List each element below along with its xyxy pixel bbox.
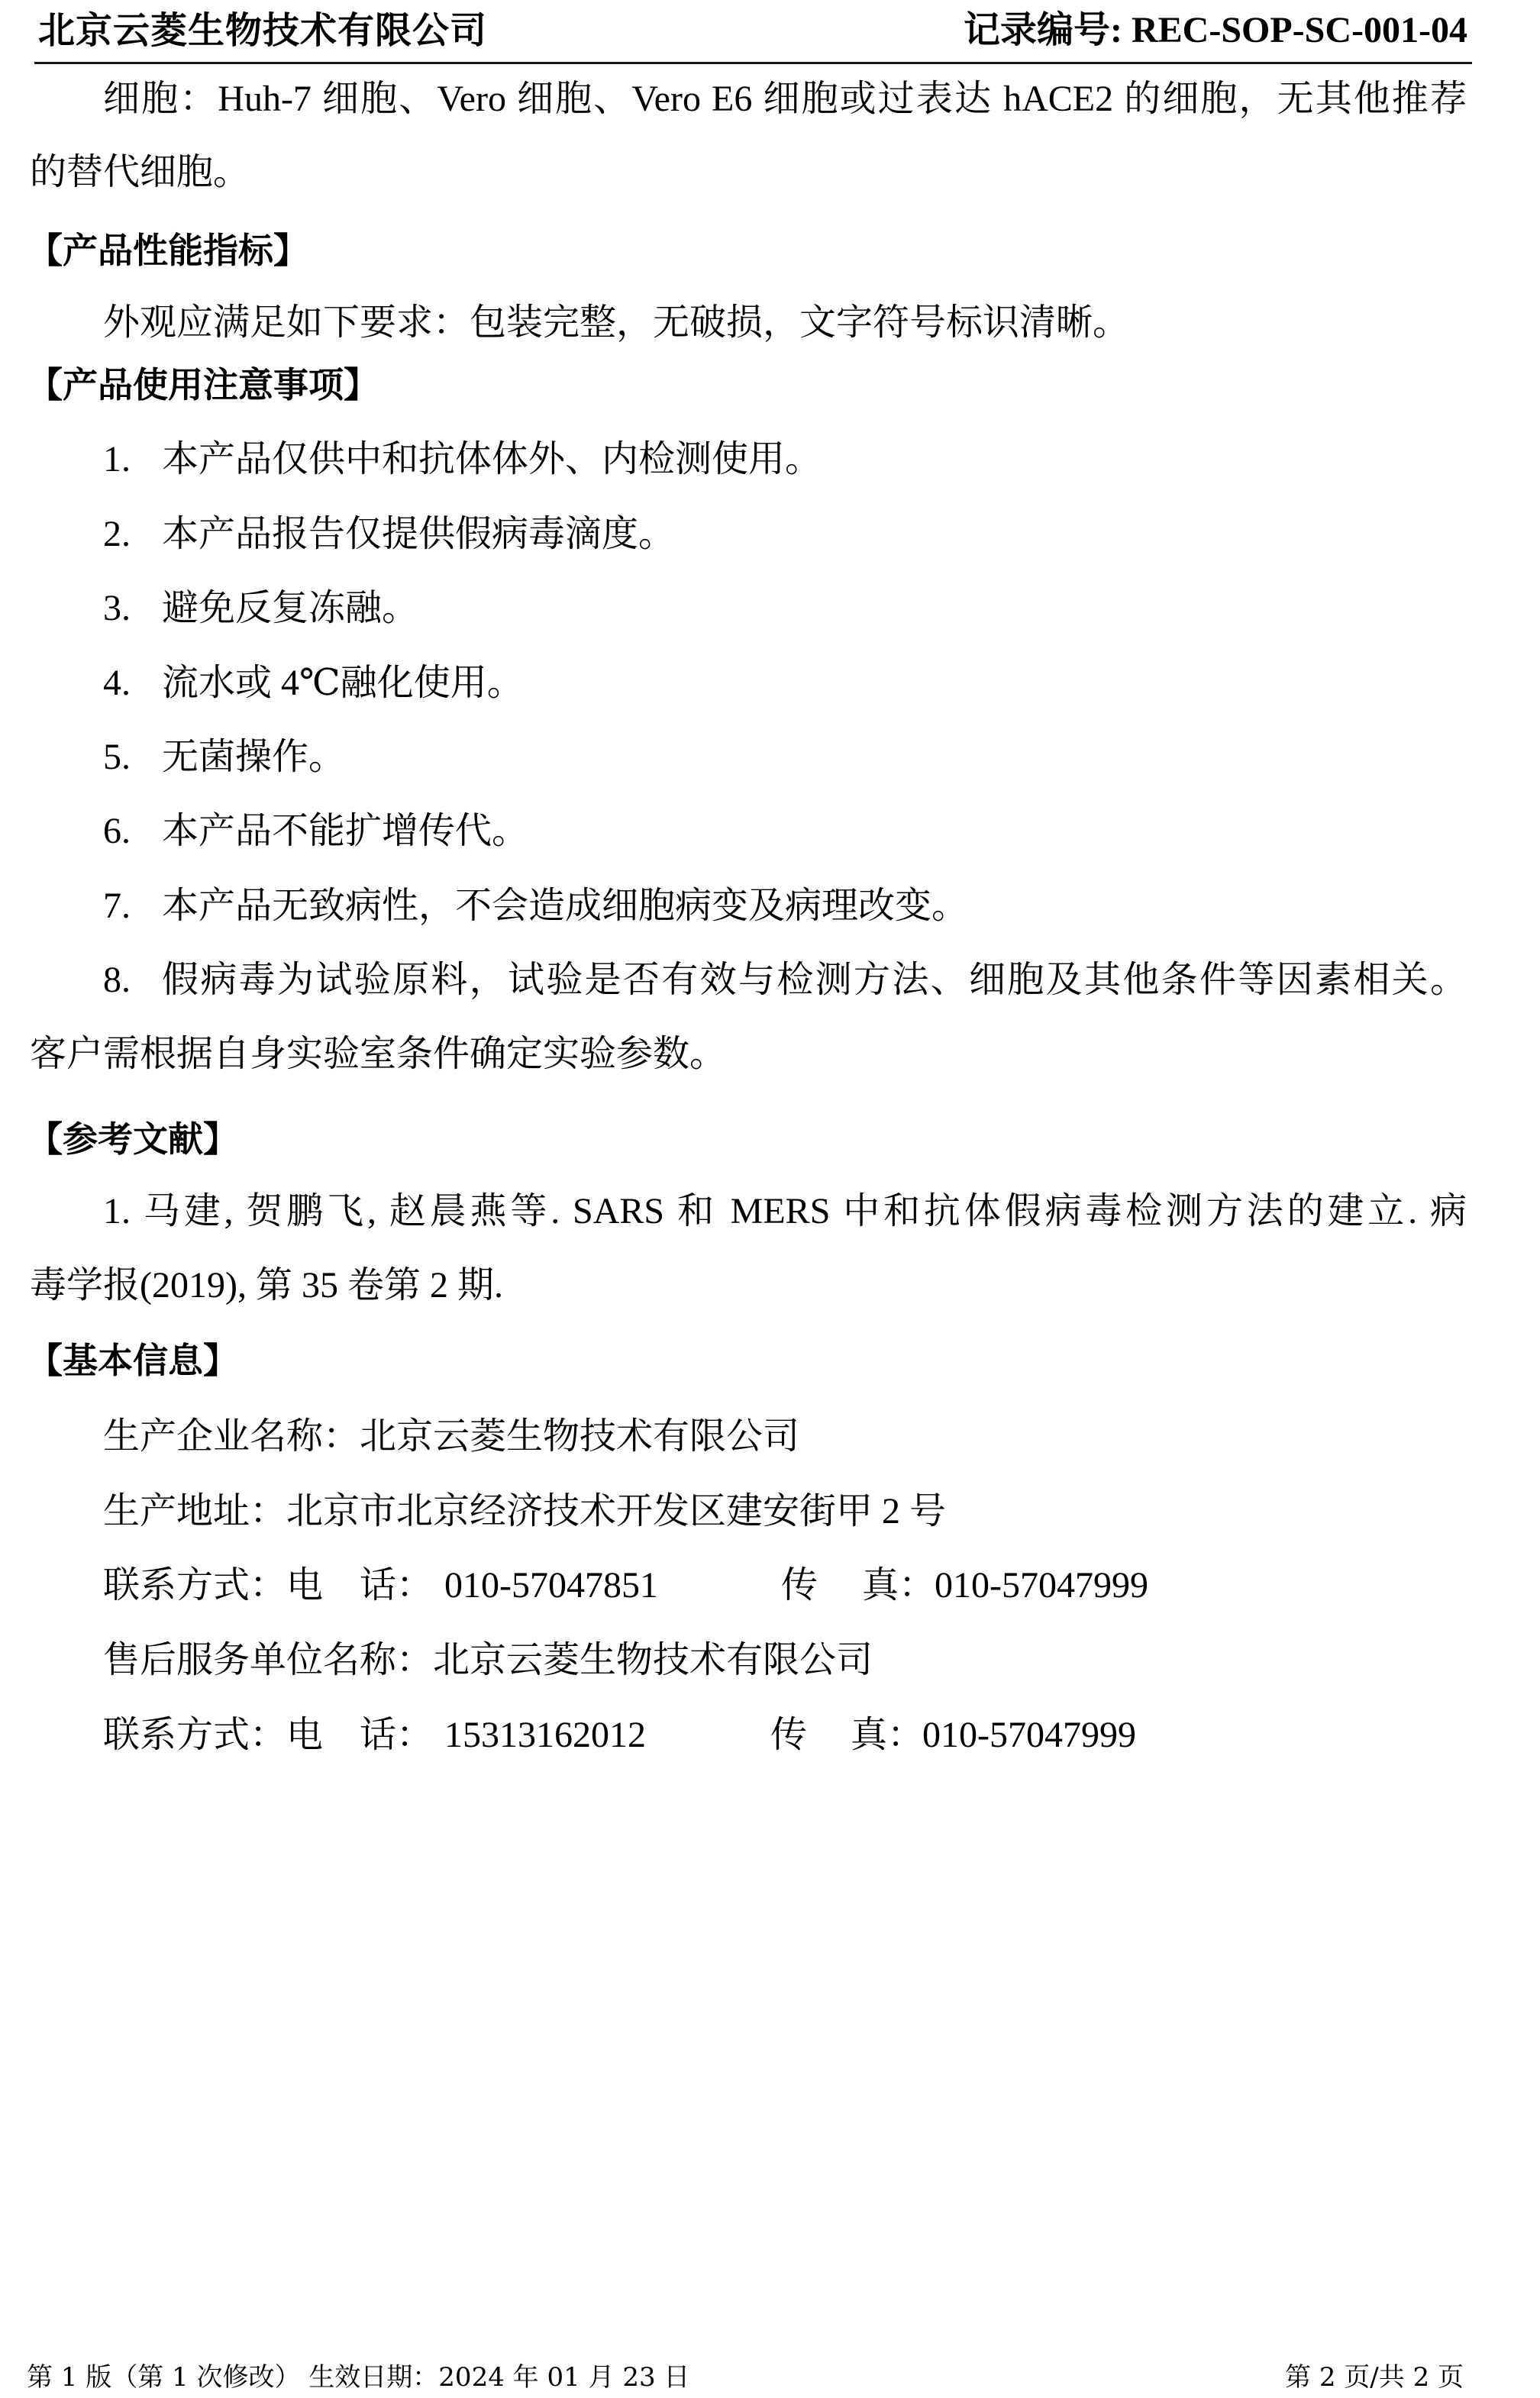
item-number: 5. — [103, 737, 131, 777]
performance-text: 外观应满足如下要求：包装完整，无破损，文字符号标识清晰。 — [103, 303, 1129, 343]
item-number: 8. — [103, 960, 131, 1000]
item-text: 无菌操作。 — [162, 737, 345, 777]
item-number: 3. — [103, 589, 131, 628]
item-text: 本产品不能扩增传代。 — [162, 812, 528, 851]
phone-label: 联系方式：电 话： — [103, 1566, 433, 1606]
section-title-references: 【参考文献】 — [27, 1119, 238, 1159]
item-text: 避免反复冻融。 — [162, 589, 418, 628]
item-text: 本产品仅供中和抗体体外、内检测使用。 — [162, 440, 822, 479]
item-text: 假病毒为试验原料，试验是否有效与检测方法、细胞及其他条件等因素相关。 — [162, 960, 1467, 1000]
item-text: 流水或 4℃融化使用。 — [162, 663, 524, 703]
record-number: 记录编号: REC-SOP-SC-001-04 — [964, 11, 1467, 50]
cells-paragraph-line-2: 的替代细胞。 — [30, 153, 250, 192]
manufacturer-name: 生产企业名称：北京云菱生物技术有限公司 — [103, 1417, 799, 1457]
phone-number: 15313162012 — [444, 1715, 646, 1755]
phone-label: 联系方式：电 话： — [103, 1715, 433, 1755]
item-number: 1. — [103, 440, 131, 479]
fax-number: 010-57047999 — [935, 1566, 1148, 1606]
section-title-performance: 【产品性能指标】 — [27, 231, 308, 270]
item-number: 2. — [103, 515, 131, 554]
section-title-precautions: 【产品使用注意事项】 — [27, 365, 379, 405]
item-text: 本产品无致病性，不会造成细胞病变及病理改变。 — [162, 886, 968, 926]
fax-label-char-2: 真： — [862, 1566, 935, 1606]
item-number: 7. — [103, 886, 131, 926]
section-title-basic-info: 【基本信息】 — [27, 1341, 238, 1380]
footer-version-date: 第 1 版（第 1 次修改） 生效日期：2024 年 01 月 23 日 — [27, 2362, 689, 2393]
reference-line-1: 1. 马建, 贺鹏飞, 赵晨燕等. SARS 和 MERS 中和抗体假病毒检测方… — [103, 1192, 1467, 1231]
header-divider — [34, 62, 1472, 64]
reference-line-2: 毒学报(2019), 第 35 卷第 2 期. — [30, 1266, 503, 1306]
cells-paragraph-line-1: 细胞：Huh-7 细胞、Vero 细胞、Vero E6 细胞或过表达 hACE2… — [103, 79, 1467, 119]
footer-page-number: 第 2 页/共 2 页 — [1285, 2362, 1464, 2393]
item-number: 6. — [103, 812, 131, 851]
after-sales-service-name: 售后服务单位名称：北京云菱生物技术有限公司 — [103, 1641, 873, 1680]
item-text: 本产品报告仅提供假病毒滴度。 — [162, 515, 675, 554]
item-number: 4. — [103, 663, 131, 703]
item-8-continuation: 客户需根据自身实验室条件确定实验参数。 — [30, 1034, 726, 1074]
company-name-header: 北京云菱生物技术有限公司 — [38, 11, 487, 50]
fax-label-char-1: 传 — [770, 1715, 807, 1755]
manufacturer-address: 生产地址：北京市北京经济技术开发区建安街甲 2 号 — [103, 1492, 946, 1531]
fax-label-char-2: 真： — [851, 1715, 924, 1755]
phone-number: 010-57047851 — [444, 1566, 658, 1606]
fax-label-char-1: 传 — [781, 1566, 818, 1606]
fax-number: 010-57047999 — [922, 1715, 1136, 1755]
